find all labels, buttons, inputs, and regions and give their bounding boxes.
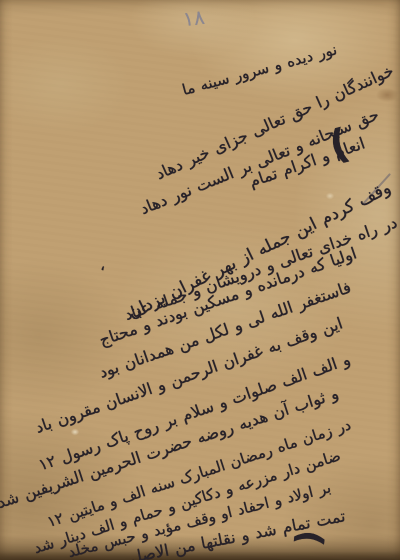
pencil-page-number: ١٨ (182, 5, 206, 31)
bottom-swash-flourish: ( (289, 528, 330, 548)
manuscript-page: ١٨ نور دیده و سرور سینه ما خوانندگان را … (0, 0, 400, 560)
comma-mark: ، (100, 256, 105, 274)
text-line: نور دیده و سرور سینه ما (180, 40, 339, 99)
